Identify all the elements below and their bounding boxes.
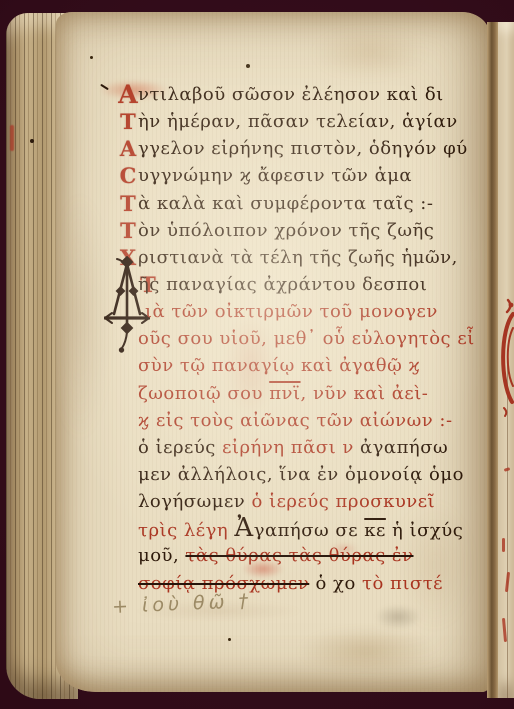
red-mark	[505, 572, 510, 592]
initials-column: ΑΤΑCΤΤΧΤ	[114, 81, 142, 298]
marginal-initial: Τ	[114, 217, 142, 244]
page-gutter-crease	[487, 22, 498, 698]
show-through-ghost	[114, 598, 324, 624]
text-line: σοφίᾳ πρόσχωμεν ὁ χο τὸ πιστέ	[138, 570, 488, 597]
text-segment: τὰς θύρας τὰς θύρας ἐν	[185, 545, 413, 566]
text-segment: εἰρήνη πᾶσι ν	[222, 437, 354, 458]
text-segment: ὴν ἡμέραν, πᾶσαν τελείαν, ἁγίαν	[138, 111, 458, 132]
text-line: ϗ εἰς τοὺς αἰῶνας τῶν αἰώνων :-	[138, 407, 488, 434]
red-mark	[502, 538, 505, 552]
red-ink-smudge	[86, 76, 182, 104]
text-line: ριστιανὰ τὰ τέλη τῆς ζωῆς ἡμῶν,	[138, 244, 488, 271]
text-line: τρὶς λέγη Ἀγαπήσω σε κε ἡ ἰσχύς	[138, 515, 488, 542]
text-segment: ὁ ἱερεύς προσκυνεῖ	[251, 491, 435, 512]
text-line: ὴν ἡμέραν, πᾶσαν τελείαν, ἁγίαν	[138, 108, 488, 135]
marginal-initial: Τ	[114, 108, 142, 135]
text-line: οῦς σου υἱοῦ, μεθ᾽ οὗ εὐλογητὸς εἶ	[138, 325, 488, 352]
scribal-tick	[100, 84, 109, 90]
text-line: ὰ καλὰ καὶ συμφέροντα ταῖς :-	[138, 190, 488, 217]
cross-staff-ornament-icon	[104, 256, 150, 356]
text-segment: μοῦ,	[138, 545, 185, 566]
facing-page-sliver	[498, 22, 514, 698]
text-line: ὁ ἱερεύς εἰρήνη πᾶσι ν ἀγαπήσω	[138, 434, 488, 461]
marginal-initial: C	[114, 162, 142, 189]
stain	[56, 152, 118, 482]
text-line: μεν ἀλλήλοις, ἵνα ἐν ὁμονοίᾳ ὁμο	[138, 461, 488, 488]
text-segment: κε	[364, 520, 386, 541]
marginal-initial: Α	[114, 81, 142, 108]
text-line: ιὰ τῶν οἰκτιρμῶν τοῦ μονογεν	[138, 298, 488, 325]
marginal-initial: Τ	[134, 271, 162, 298]
text-segment: ριστιανὰ τὰ τέλη τῆς ζωῆς ἡμῶν,	[138, 247, 458, 268]
text-block: ντιλαβοῦ σῶσον ἐλέησον καὶ διὴν ἡμέραν, …	[138, 81, 488, 597]
text-segment: ζωοποιῷ σου	[138, 383, 269, 404]
text-segment: ἀγαπήσω	[354, 437, 448, 458]
text-segment: μεν ἀλλήλοις, ἵνα ἐν ὁμονοίᾳ ὁμο	[138, 464, 464, 485]
edge-red-mark	[10, 125, 14, 151]
manuscript-page: ΑΤΑCΤΤΧΤ ντιλαβοῦ σῶσον ἐλέησον καὶ διὴν…	[56, 12, 490, 692]
text-segment: οῦς σου υἱοῦ, μεθ᾽ οὗ εὐλογητὸς εἶ	[138, 328, 475, 349]
ink-speck	[246, 64, 250, 68]
stain	[382, 480, 486, 650]
red-ink-blot	[234, 556, 292, 582]
text-line: ζωοποιῷ σου πνϊ, νῦν καὶ ἀεὶ-	[138, 380, 488, 407]
text-segment: πνϊ	[269, 383, 300, 404]
stain	[294, 20, 444, 86]
stain	[276, 620, 456, 682]
text-segment: γγελον εἰρήνης πιστὸν, ὁδηγόν φύ	[138, 138, 468, 159]
text-line: λογήσωμεν ὁ ἱερεύς προσκυνεῖ	[138, 488, 488, 515]
text-line: σὺν τῷ παναγίῳ καὶ ἀγαθῷ ϗ	[138, 352, 488, 379]
text-segment: λογήσωμεν	[138, 491, 251, 512]
text-segment: γαπήσω σε	[254, 520, 365, 541]
text-segment: ὰ καλὰ καὶ συμφέροντα ταῖς :-	[138, 193, 433, 214]
marginal-annotation: + ἰοὺ θῶ †	[112, 590, 253, 618]
text-segment: σοφίᾳ πρόσχωμεν	[138, 573, 309, 594]
marginal-initial: Χ	[114, 244, 142, 271]
red-ink-bleed	[218, 294, 284, 434]
text-segment: τὸ πιστέ	[362, 573, 443, 594]
text-segment: ὸν ὑπόλοιπον χρόνον τῆς ζωῆς	[138, 220, 434, 241]
text-line: ῆς παναγίας ἀχράντου δεσποι	[138, 271, 488, 298]
text-line: ὸν ὑπόλοιπον χρόνον τῆς ζωῆς	[138, 217, 488, 244]
text-segment: ὁ χο	[309, 573, 362, 594]
edge-speck	[30, 139, 34, 143]
text-segment: ὁ ἱερεύς	[138, 437, 222, 458]
marginal-initial: Τ	[114, 190, 142, 217]
text-line: μοῦ, τὰς θύρας τὰς θύρας ἐν	[138, 542, 488, 569]
ink-speck	[228, 638, 231, 641]
text-line: ντιλαβοῦ σῶσον ἐλέησον καὶ δι	[138, 81, 488, 108]
text-segment: ιὰ τῶν οἰκτιρμῶν τοῦ μονογεν	[145, 301, 438, 322]
red-ink-blot	[324, 540, 364, 558]
ink-speck	[90, 56, 93, 59]
stain	[366, 600, 430, 634]
text-segment: σὺν τῷ παναγίῳ καὶ ἀγαθῷ ϗ	[138, 355, 420, 376]
text-segment: τρὶς λέγη	[138, 520, 234, 541]
text-segment: ϗ εἰς τοὺς αἰῶνας τῶν αἰώνων :-	[138, 410, 453, 431]
text-segment: ἡ ἰσχύς	[386, 520, 464, 541]
text-line: υγγνώμην ϗ ἄφεσιν τῶν ἁμα	[138, 162, 488, 189]
text-segment: Ἀ	[234, 513, 253, 543]
red-initial-fragment-icon	[498, 298, 514, 418]
marginal-initial: Α	[114, 135, 142, 162]
manuscript-photo: ΑΤΑCΤΤΧΤ ντιλαβοῦ σῶσον ἐλέησον καὶ διὴν…	[0, 0, 514, 709]
text-segment: ῆς παναγίας ἀχράντου δεσποι	[138, 274, 427, 295]
text-segment: ντιλαβοῦ σῶσον ἐλέησον καὶ δι	[138, 84, 444, 105]
text-segment: υγγνώμην ϗ ἄφεσιν τῶν ἁμα	[138, 165, 412, 186]
text-segment: , νῦν καὶ ἀεὶ-	[301, 383, 429, 404]
text-line: γγελον εἰρήνης πιστὸν, ὁδηγόν φύ	[138, 135, 488, 162]
